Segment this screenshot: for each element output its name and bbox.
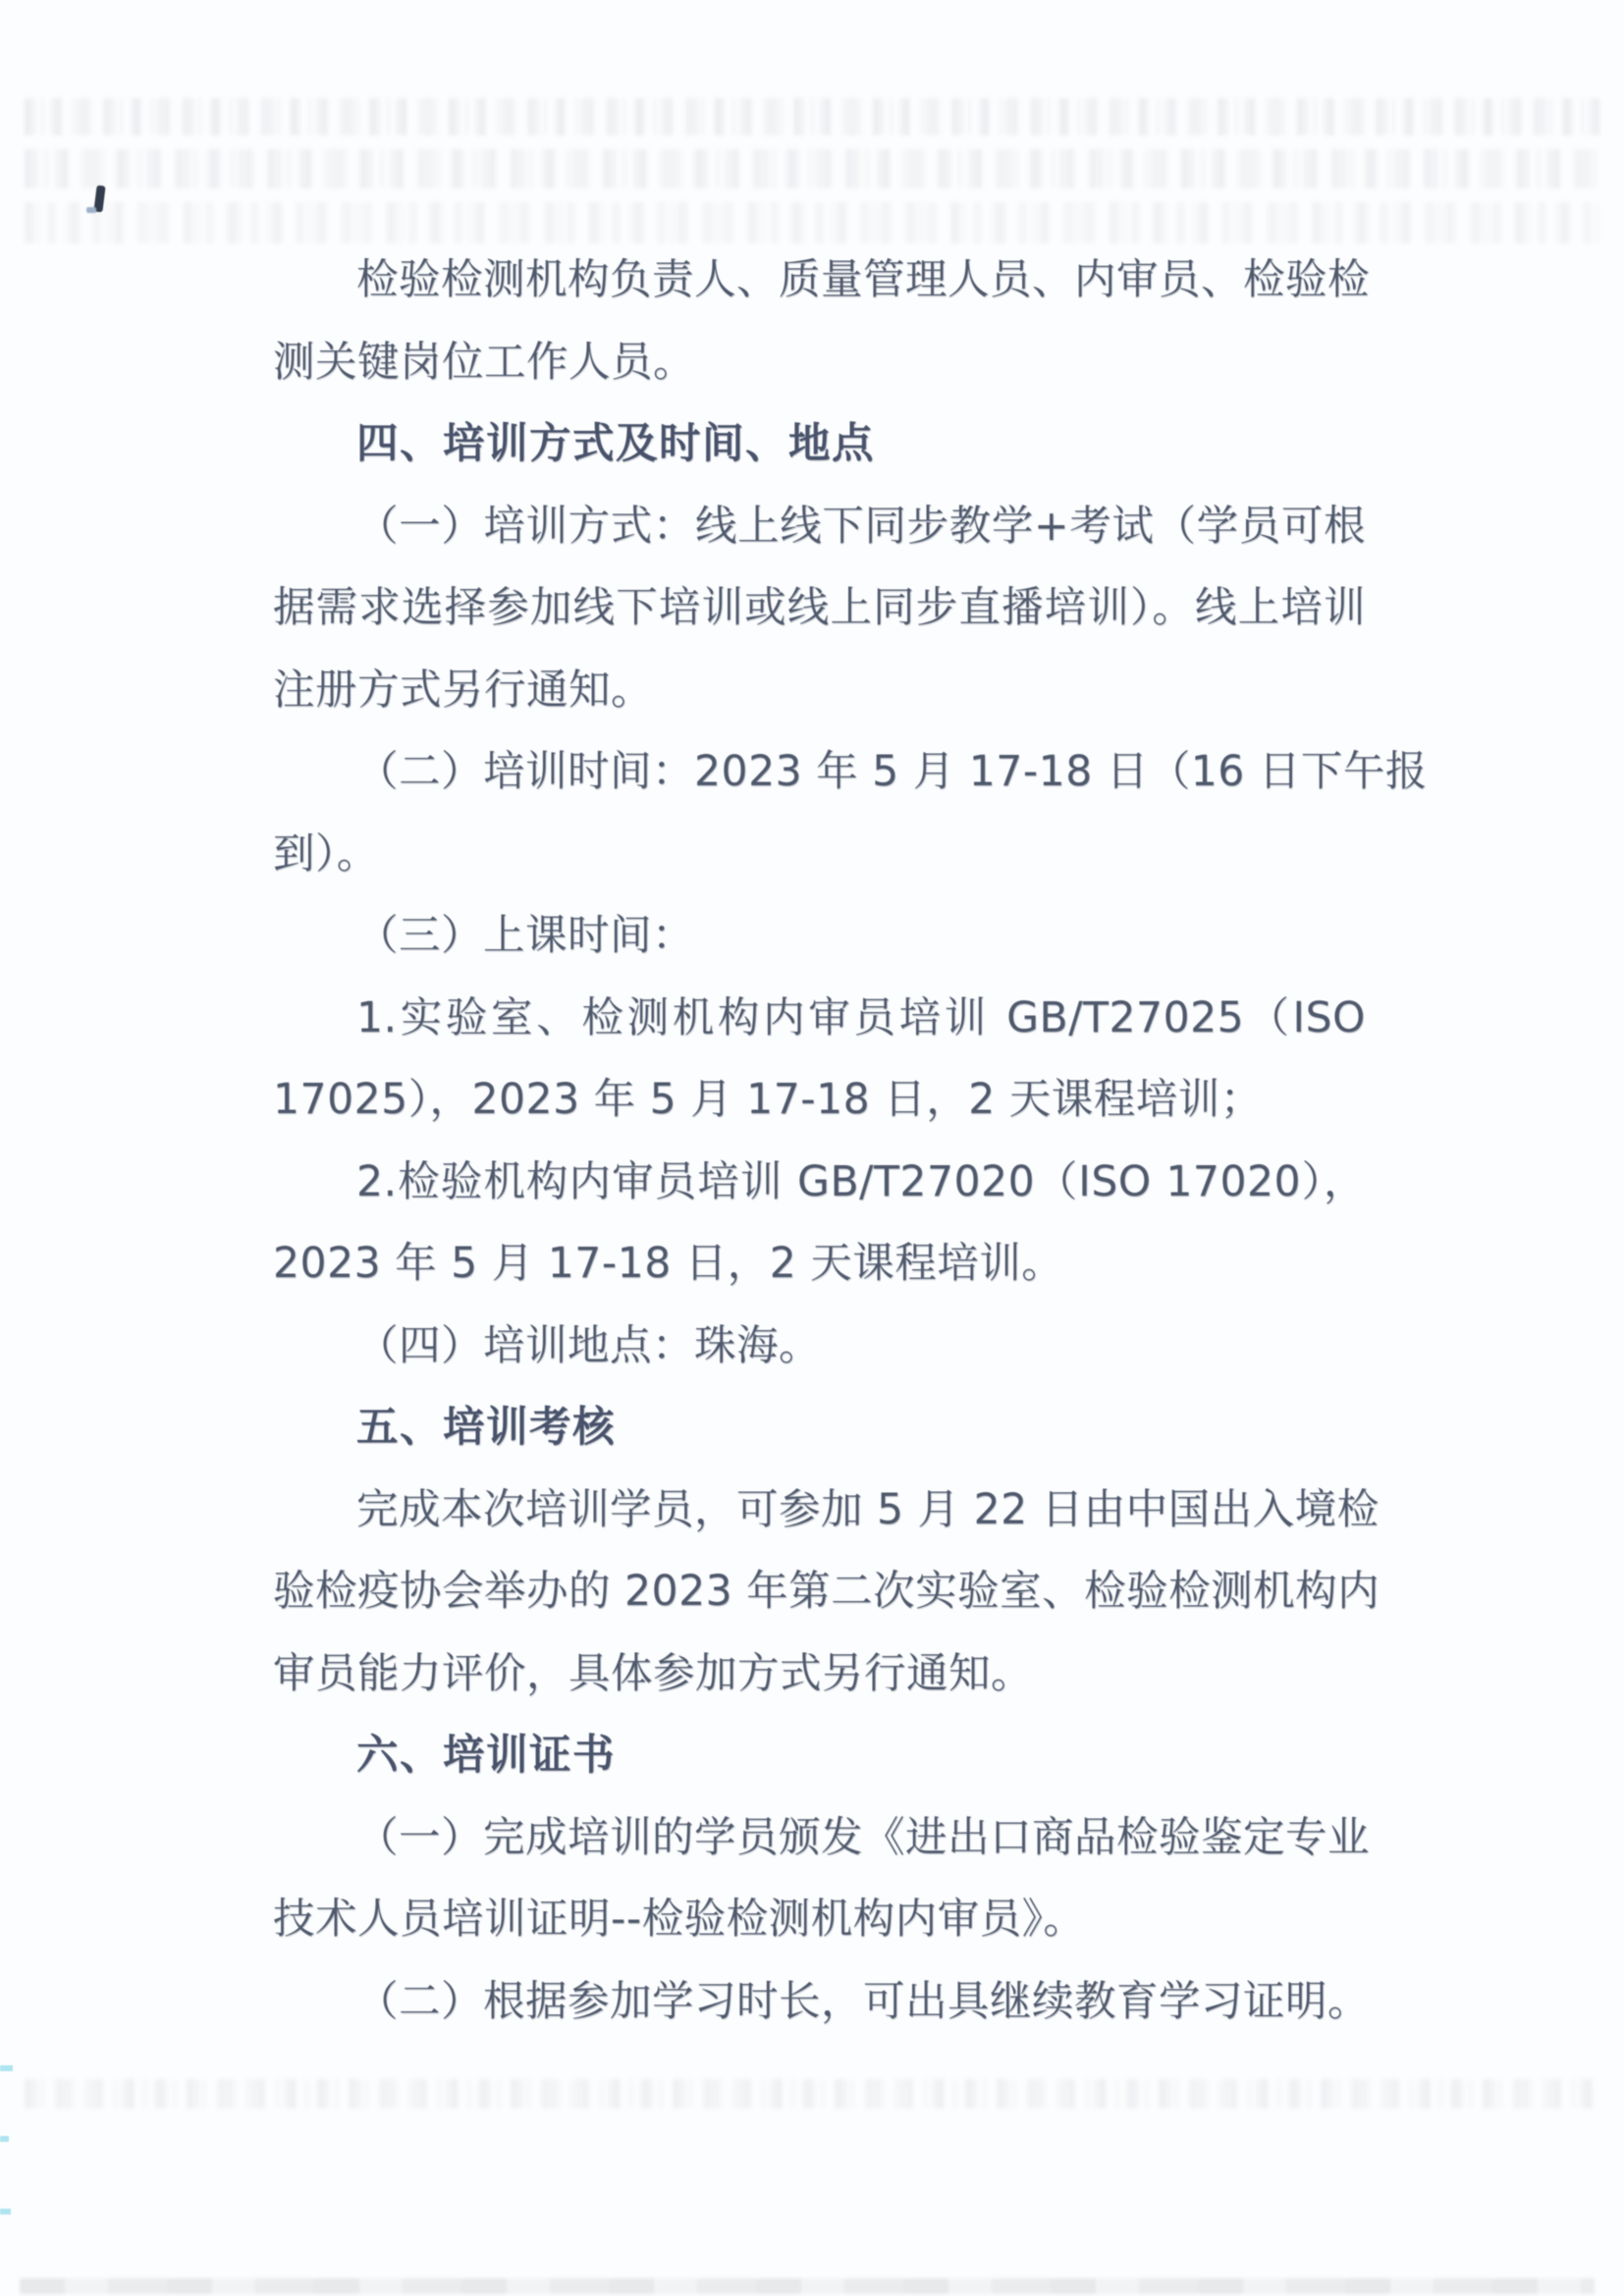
scan-bleedthrough-band (25, 2079, 1599, 2109)
section-heading: 六、培训证书 (273, 1715, 1366, 1797)
doc-line: 验检疫协会举办的 2023 年第二次实验室、检验检测机构内 (273, 1551, 1366, 1633)
scan-bleedthrough-band (25, 149, 1599, 188)
doc-line: （二）培训时间：2023 年 5 月 17-18 日（16 日下午报 (273, 731, 1366, 814)
doc-line: 测关键岗位工作人员。 (273, 322, 1366, 404)
scan-edge-mark (0, 2136, 9, 2142)
doc-line: （三）上课时间： (273, 895, 1366, 978)
scan-edge-mark (0, 2209, 11, 2215)
section-heading: 五、培训考核 (273, 1387, 1366, 1469)
doc-line: 技术人员培训证明--检验检测机构内审员》。 (273, 1879, 1366, 1961)
scan-ink-speck-tail (86, 207, 96, 213)
doc-line: 完成本次培训学员，可参加 5 月 22 日由中国出入境检 (273, 1469, 1366, 1552)
doc-line: （四）培训地点：珠海。 (273, 1306, 1366, 1388)
doc-line: （一）培训方式：线上线下同步教学+考试（学员可根 (273, 486, 1366, 568)
doc-line: 据需求选择参加线下培训或线上同步直播培训）。线上培训 (273, 567, 1366, 650)
doc-line: 到）。 (273, 814, 1366, 896)
scan-bleedthrough-band (25, 98, 1599, 135)
doc-line: （二）根据参加学习时长，可出具继续教育学习证明。 (273, 1961, 1366, 2044)
doc-line: （一）完成培训的学员颁发《进出口商品检验鉴定专业 (273, 1797, 1366, 1880)
scan-bleedthrough-band (25, 202, 1599, 243)
doc-line: 1.实验室、检测机构内审员培训 GB/T27025（ISO (273, 978, 1366, 1060)
doc-line: 注册方式另行通知。 (273, 650, 1366, 732)
document-body: 检验检测机构负责人、质量管理人员、内审员、检验检 测关键岗位工作人员。 四、培训… (273, 240, 1366, 2043)
doc-line: 2.检验机构内审员培训 GB/T27020（ISO 17020）， (273, 1142, 1366, 1224)
scanned-document-page: 检验检测机构负责人、质量管理人员、内审员、检验检 测关键岗位工作人员。 四、培训… (0, 0, 1624, 2296)
scan-bottom-smudge (20, 2278, 1595, 2294)
doc-line: 2023 年 5 月 17-18 日，2 天课程培训。 (273, 1223, 1366, 1306)
doc-line: 检验检测机构负责人、质量管理人员、内审员、检验检 (273, 240, 1366, 322)
doc-line: 审员能力评价，具体参加方式另行通知。 (273, 1633, 1366, 1716)
doc-line: 17025），2023 年 5 月 17-18 日，2 天课程培训； (273, 1059, 1366, 1142)
scan-edge-mark (0, 2065, 13, 2071)
section-heading: 四、培训方式及时间、地点 (273, 403, 1366, 486)
